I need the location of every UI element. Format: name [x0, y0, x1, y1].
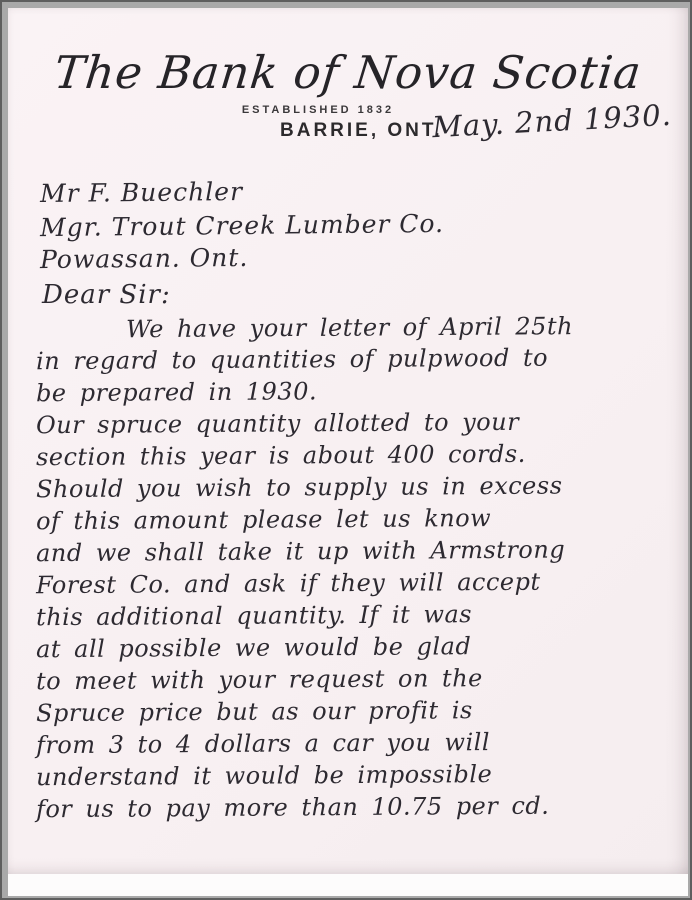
- handwritten-line: this additional quantity. If it was: [36, 599, 676, 631]
- salutation: Dear Sir:: [42, 280, 171, 310]
- handwritten-line: Spruce price but as our profit is: [36, 695, 676, 727]
- handwritten-line: understand it would be impossible: [36, 759, 676, 791]
- handwritten-line: at all possible we would be glad: [36, 631, 676, 663]
- handwritten-line: Forest Co. and ask if they will accept: [36, 567, 676, 599]
- handwritten-line: to meet with your request on the: [36, 663, 676, 695]
- handwritten-line: for us to pay more than 10.75 per cd.: [36, 791, 676, 823]
- handwritten-line: Our spruce quantity allotted to your: [36, 407, 676, 439]
- handwritten-line: of this amount please let us know: [36, 503, 676, 535]
- recipient-city: Powassan. Ont.: [40, 243, 249, 274]
- recipient-company: Mgr. Trout Creek Lumber Co.: [40, 209, 444, 242]
- handwritten-line: and we shall take it up with Armstrong: [36, 535, 676, 567]
- handwritten-line: from 3 to 4 dollars a car you will: [36, 727, 676, 759]
- city-line: BARRIE, ONT.: [280, 120, 443, 142]
- scanned-letter: The Bank of Nova Scotia ESTABLISHED 1832…: [0, 0, 692, 900]
- scanner-bed-strip: [8, 874, 688, 896]
- handwritten-line: be prepared in 1930.: [36, 375, 676, 407]
- recipient-name: Mr F. Buechler: [40, 177, 243, 208]
- bank-name: The Bank of Nova Scotia: [5, 46, 691, 99]
- handwritten-line: Should you wish to supply us in excess: [36, 471, 676, 503]
- handwritten-line: We have your letter of April 25th: [126, 311, 692, 343]
- handwritten-line: section this year is about 400 cords.: [36, 439, 676, 471]
- letter-paper: The Bank of Nova Scotia ESTABLISHED 1832…: [8, 8, 688, 874]
- handwritten-line: in regard to quantities of pulpwood to: [36, 343, 676, 375]
